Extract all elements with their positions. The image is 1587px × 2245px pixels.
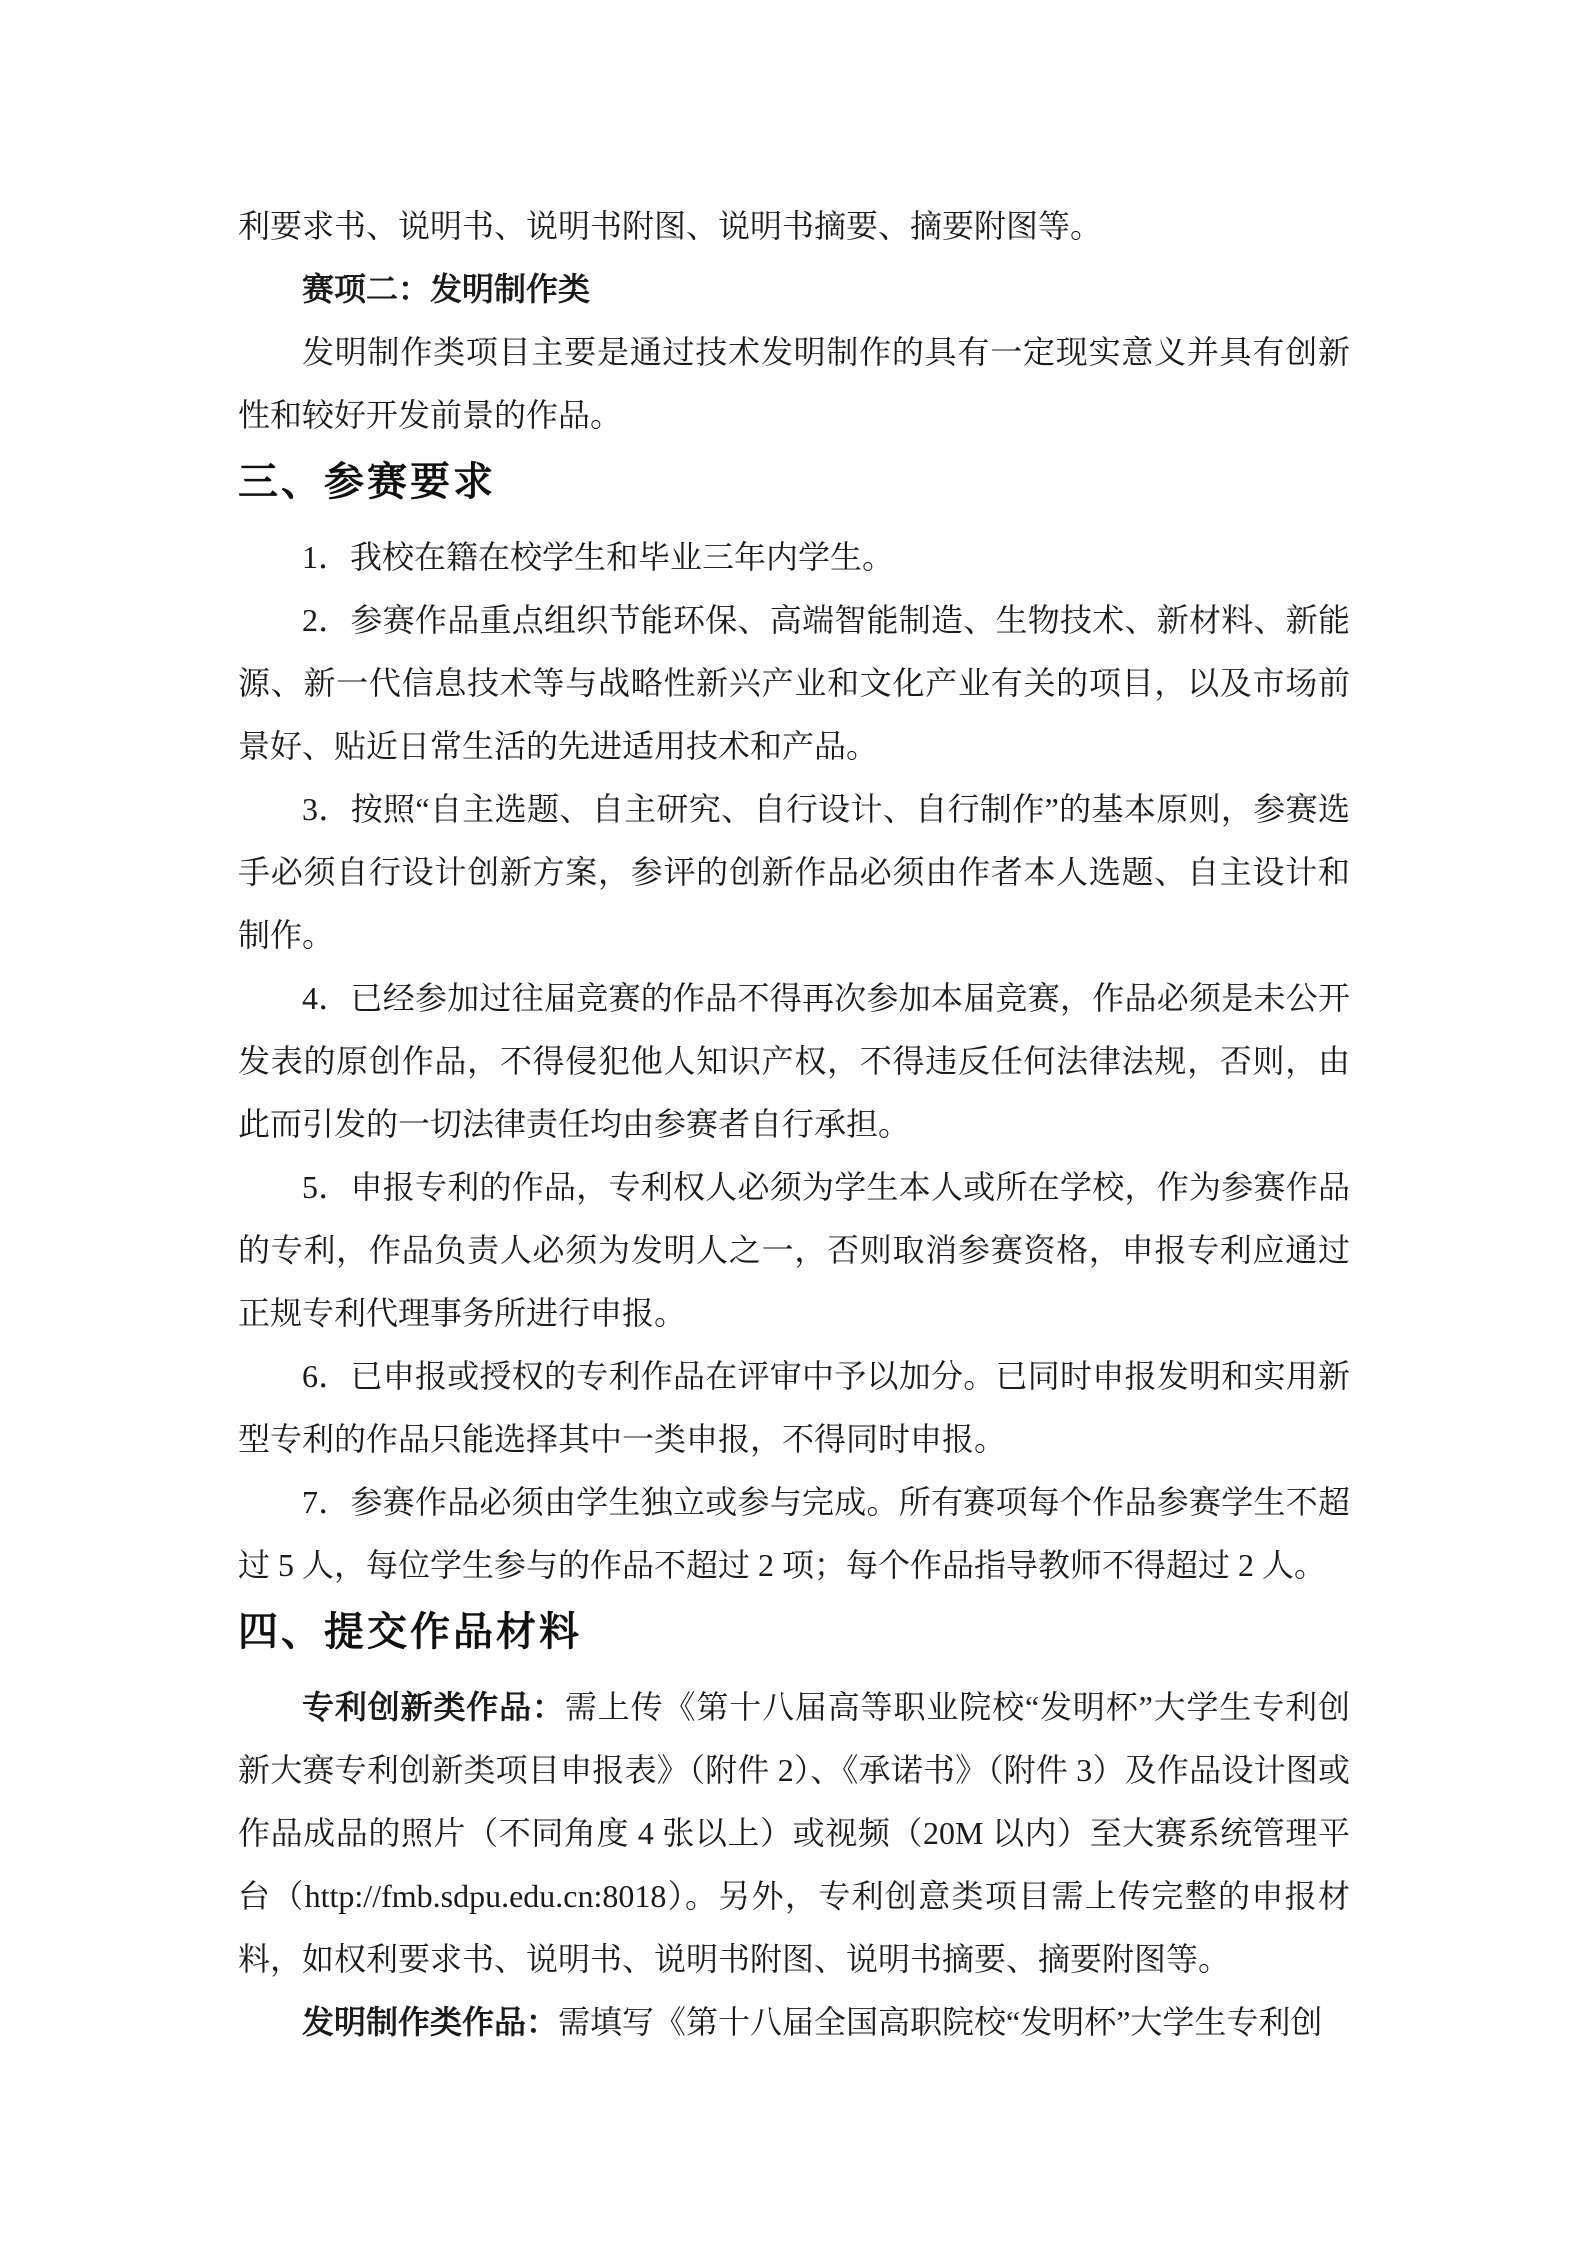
paragraph-lead-invention-production: 发明制作类作品： — [302, 2004, 558, 2040]
document-content: 利要求书、说明书、说明书附图、说明书摘要、摘要附图等。 赛项二：发明制作类 发明… — [238, 195, 1350, 2054]
paragraph-invention-production-description: 发明制作类项目主要是通过技术发明制作的具有一定现实意义并具有创新性和较好开发前景… — [238, 321, 1350, 447]
subheading-event-two-invention-production: 赛项二：发明制作类 — [238, 258, 1350, 321]
list-item-7-team-limits: 7．参赛作品必须由学生独立或参与完成。所有赛项每个作品参赛学生不超过 5 人，每… — [238, 1471, 1350, 1597]
list-item-2-focus-areas: 2．参赛作品重点组织节能环保、高端智能制造、生物技术、新材料、新能源、新一代信息… — [238, 589, 1350, 778]
paragraph-continuation-materials: 利要求书、说明书、说明书附图、说明书摘要、摘要附图等。 — [238, 195, 1350, 258]
paragraph-patent-innovation-works: 专利创新类作品：需上传《第十八届高等职业院校“发明杯”大学生专利创新大赛专利创新… — [238, 1676, 1350, 1991]
section-heading-entry-requirements: 三、参赛要求 — [238, 451, 1350, 514]
list-item-4-originality: 4．已经参加过往届竞赛的作品不得再次参加本届竞赛，作品必须是未公开发表的原创作品… — [238, 967, 1350, 1156]
paragraph-lead-patent-innovation: 专利创新类作品： — [302, 1689, 565, 1725]
section-heading-submission-materials: 四、提交作品材料 — [238, 1601, 1350, 1664]
list-item-5-patent-holder: 5．申报专利的作品，专利权人必须为学生本人或所在学校，作为参赛作品的专利，作品负… — [238, 1156, 1350, 1345]
document-page: 利要求书、说明书、说明书附图、说明书摘要、摘要附图等。 赛项二：发明制作类 发明… — [0, 0, 1587, 2245]
list-item-6-patent-bonus: 6．已申报或授权的专利作品在评审中予以加分。已同时申报发明和实用新型专利的作品只… — [238, 1345, 1350, 1471]
paragraph-text-invention-production: 需填写《第十八届全国高职院校“发明杯”大学生专利创 — [558, 2004, 1322, 2040]
paragraph-text-patent-innovation: 需上传《第十八届高等职业院校“发明杯”大学生专利创新大赛专利创新类项目申报表》（… — [238, 1689, 1350, 1977]
paragraph-invention-production-works: 发明制作类作品：需填写《第十八届全国高职院校“发明杯”大学生专利创 — [238, 1991, 1350, 2054]
list-item-1-eligibility: 1．我校在籍在校学生和毕业三年内学生。 — [238, 526, 1350, 589]
list-item-3-self-design-principle: 3．按照“自主选题、自主研究、自行设计、自行制作”的基本原则，参赛选手必须自行设… — [238, 778, 1350, 967]
